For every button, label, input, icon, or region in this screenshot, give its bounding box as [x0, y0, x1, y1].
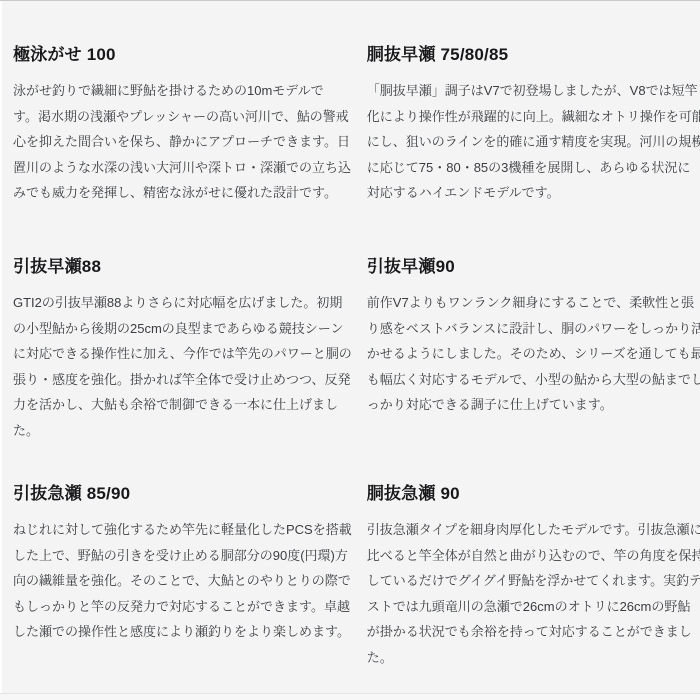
product-section-hikinuki-hayase-88: 引抜早瀬88 GTI2の引抜早瀬88よりさらに対応幅を広げました。初期 の小型鮎…	[13, 256, 352, 483]
product-section-dounuki-kyuse-90: 胴抜急瀬 90 引抜急瀬タイプを細身肉厚化したモデルです。引抜急瀬に 比べると竿…	[367, 483, 700, 670]
section-title: 胴抜早瀬 75/80/85	[367, 44, 700, 65]
left-edge-line	[0, 1, 2, 700]
page: { "page": { "background_color": "#f4f4f5…	[0, 0, 700, 700]
product-section-hikinuki-kyuse-85-90: 引抜急瀬 85/90 ねじれに対して強化するため竿先に軽量化したPCSを搭載 し…	[13, 483, 352, 670]
product-descriptions: 極泳がせ 100 泳がせ釣りで繊細に野鮎を掛けるための10mモデルで す。渇水期…	[0, 1, 700, 670]
product-section-hikinuki-hayase-90: 引抜早瀬90 前作V7よりもワンランク細身にすることで、柔軟性と張 り感をベスト…	[367, 256, 700, 483]
section-body: 泳がせ釣りで繊細に野鮎を掛けるための10mモデルで す。渇水期の浅瀬やプレッシャ…	[13, 78, 352, 206]
product-section-dounuki-hayase-75-80-85: 胴抜早瀬 75/80/85 「胴抜早瀬」調子はV7で初登場しましたが、V8では短…	[367, 44, 700, 256]
section-title: 引抜早瀬88	[13, 256, 352, 277]
section-title: 極泳がせ 100	[13, 44, 352, 65]
section-title: 引抜急瀬 85/90	[13, 483, 352, 504]
section-title: 引抜早瀬90	[367, 256, 700, 277]
product-section-gokuoyogase-100: 極泳がせ 100 泳がせ釣りで繊細に野鮎を掛けるための10mモデルで す。渇水期…	[13, 44, 352, 256]
section-body: GTI2の引抜早瀬88よりさらに対応幅を広げました。初期 の小型鮎から後期の25…	[13, 290, 352, 443]
section-body: ねじれに対して強化するため竿先に軽量化したPCSを搭載 した上で、野鮎の引きを受…	[13, 517, 352, 645]
section-body: 「胴抜早瀬」調子はV7で初登場しましたが、V8では短竿 化により操作性が飛躍的に…	[367, 78, 700, 206]
section-title: 胴抜急瀬 90	[367, 483, 700, 504]
section-body: 引抜急瀬タイプを細身肉厚化したモデルです。引抜急瀬に 比べると竿全体が自然と曲が…	[367, 517, 700, 670]
footer-divider	[0, 693, 700, 700]
section-body: 前作V7よりもワンランク細身にすることで、柔軟性と張 り感をベストバランスに設計…	[367, 290, 700, 418]
